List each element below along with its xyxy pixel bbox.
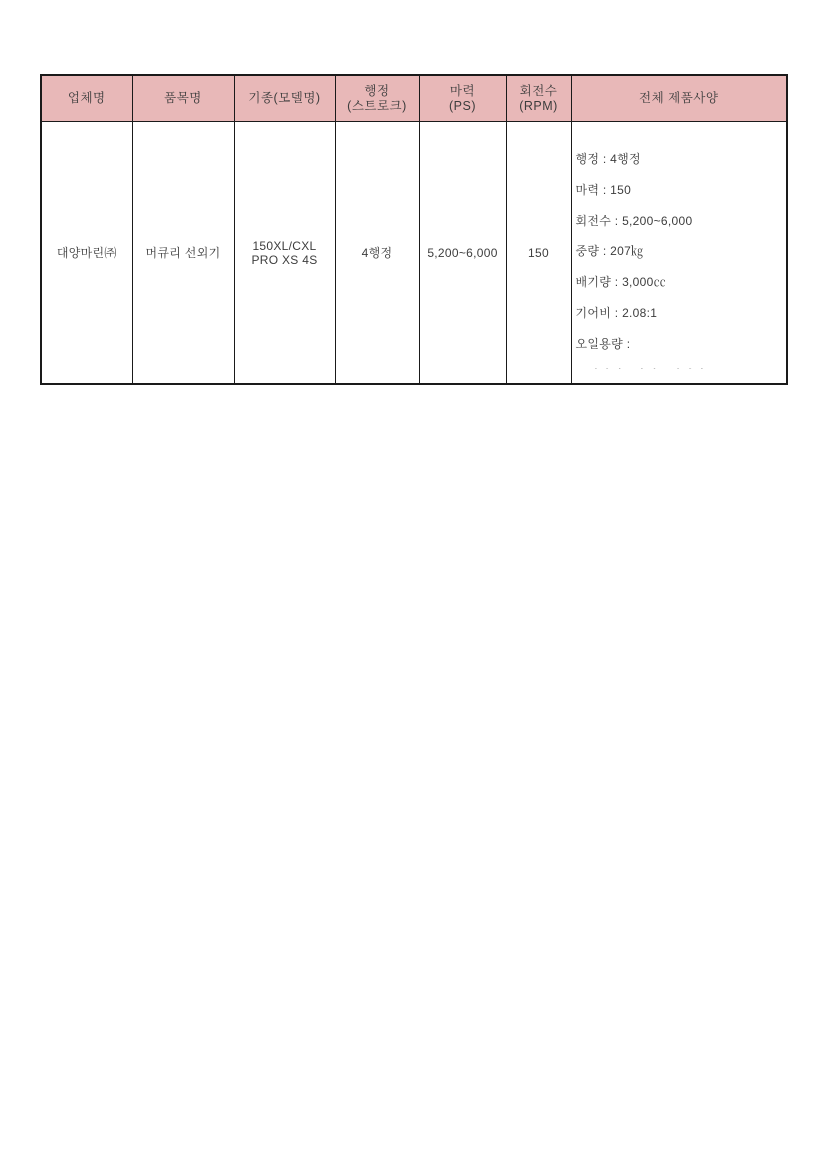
cell-horsepower: 5,200~6,000 bbox=[419, 122, 506, 385]
cell-item: 머큐리 선외기 bbox=[132, 122, 234, 385]
col-header-horsepower: 마력 (PS) bbox=[419, 75, 506, 122]
cell-specs: 행정 : 4행정 마력 : 150 회전수 : 5,200~6,000 중량 :… bbox=[571, 122, 787, 385]
cell-model: 150XL/CXL PRO XS 4S bbox=[234, 122, 335, 385]
table-row: 대양마린㈜ 머큐리 선외기 150XL/CXL PRO XS 4S 4행정 5,… bbox=[41, 122, 787, 385]
cell-company: 대양마린㈜ bbox=[41, 122, 132, 385]
col-header-rpm: 회전수 (RPM) bbox=[506, 75, 571, 122]
col-header-company: 업체명 bbox=[41, 75, 132, 122]
spec-line: 마력 : 150 bbox=[576, 182, 784, 199]
col-header-stroke: 행정 (스트로크) bbox=[335, 75, 419, 122]
spec-line: 운전방식 : 파워스티어링 bbox=[576, 367, 784, 369]
col-header-model: 기종(모델명) bbox=[234, 75, 335, 122]
spec-line-list: 행정 : 4행정 마력 : 150 회전수 : 5,200~6,000 중량 :… bbox=[572, 136, 787, 369]
cell-rpm: 150 bbox=[506, 122, 571, 385]
product-spec-table: 업체명 품목명 기종(모델명) 행정 (스트로크) 마력 (PS) 회전수 (R… bbox=[40, 74, 788, 385]
cell-stroke: 4행정 bbox=[335, 122, 419, 385]
table-header-row: 업체명 품목명 기종(모델명) 행정 (스트로크) 마력 (PS) 회전수 (R… bbox=[41, 75, 787, 122]
document-page: 업체명 품목명 기종(모델명) 행정 (스트로크) 마력 (PS) 회전수 (R… bbox=[0, 0, 826, 1169]
col-header-item: 품목명 bbox=[132, 75, 234, 122]
spec-line: 회전수 : 5,200~6,000 bbox=[576, 213, 784, 230]
spec-line: 행정 : 4행정 bbox=[576, 151, 784, 168]
spec-line: 중량 : 207㎏ bbox=[576, 243, 784, 260]
spec-line: 기어비 : 2.08:1 bbox=[576, 305, 784, 322]
spec-line: 오일용량 : bbox=[576, 336, 784, 353]
spec-line: 배기량 : 3,000㏄ bbox=[576, 274, 784, 291]
col-header-specs: 전체 제품사양 bbox=[571, 75, 787, 122]
